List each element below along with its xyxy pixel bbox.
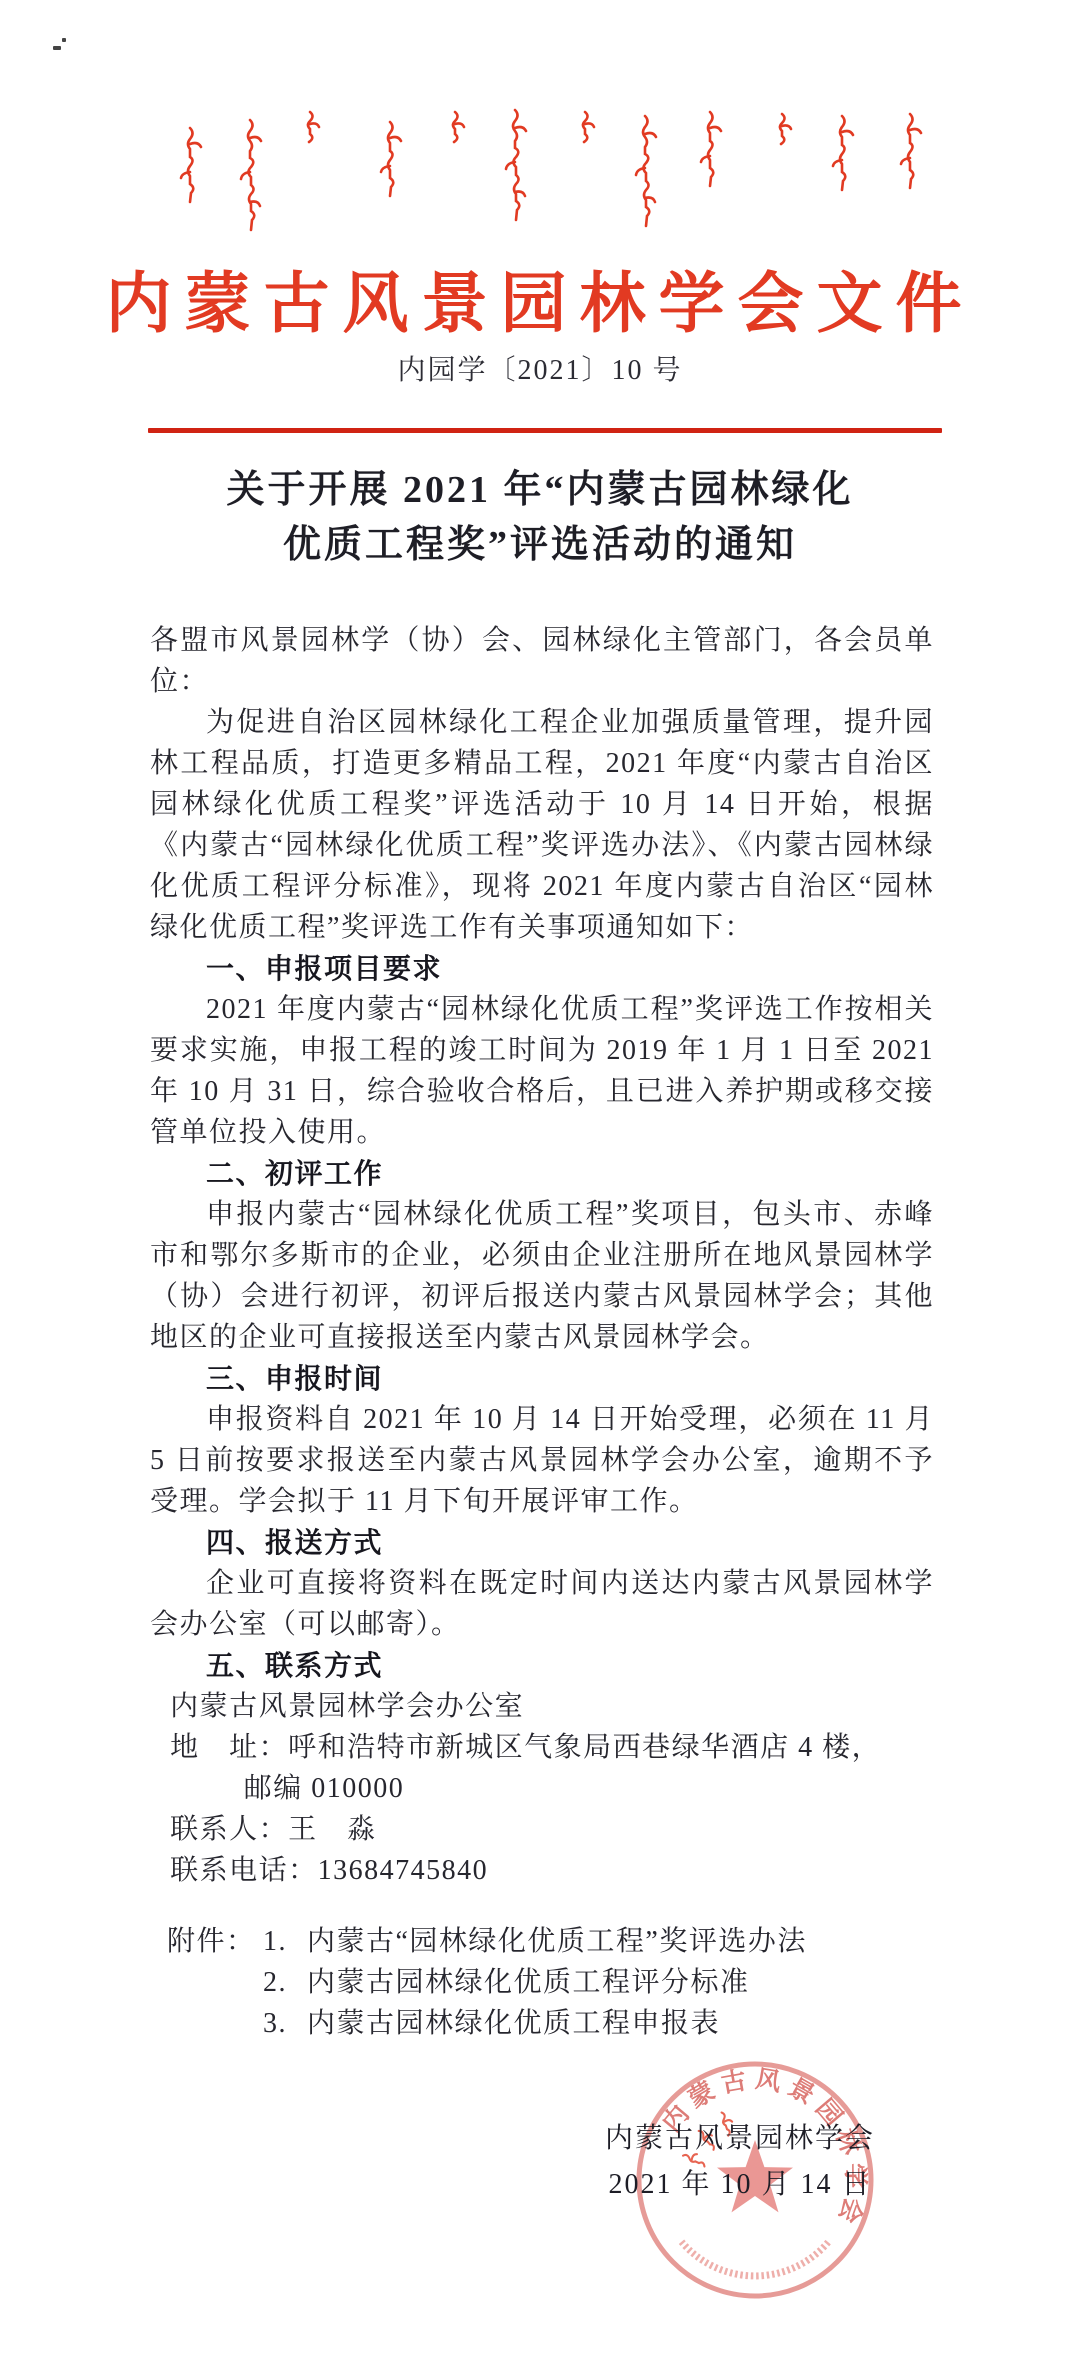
attachment-row: 2. 内蒙古园林绿化优质工程评分标准 <box>167 1962 807 2003</box>
notice-title: 关于开展 2021 年“内蒙古园林绿化 优质工程奖”评选活动的通知 <box>0 463 1080 573</box>
attachment-number: 1. <box>263 1921 307 1962</box>
contact-phone-label: 联系电话： <box>170 1855 318 1886</box>
section-heading-3: 三、申报时间 <box>150 1358 934 1399</box>
attachment-item: 内蒙古园林绿化优质工程申报表 <box>307 2003 807 2044</box>
document-number: 内园学〔2021〕10 号 <box>0 348 1080 388</box>
contact-person-label: 联系人： <box>170 1814 288 1845</box>
contact-address-value: 呼和浩特市新城区气象局西巷绿华酒店 4 楼， <box>288 1732 881 1763</box>
mongolian-script-header <box>178 104 923 244</box>
attachment-item: 内蒙古园林绿化优质工程评分标准 <box>307 1962 807 2003</box>
signature-date: 2021 年 10 月 14 日 <box>560 2162 920 2208</box>
contact-office: 内蒙古风景园林学会办公室 <box>150 1686 934 1727</box>
document-body: 各盟市风景园林学（协）会、园林绿化主管部门，各会员单位： 为促进自治区园林绿化工… <box>150 620 934 2044</box>
contact-phone-value: 13684745840 <box>318 1855 489 1886</box>
section-heading-1: 一、申报项目要求 <box>150 948 934 989</box>
document-page: 内蒙古风景园林学会文件 内园学〔2021〕10 号 关于开展 2021 年“内蒙… <box>0 0 1080 2355</box>
attachments-label: 附件： <box>167 1921 263 1962</box>
attachment-row: 附件： 1. 内蒙古“园林绿化优质工程”奖评选办法 <box>167 1921 807 1962</box>
attachment-number: 2. <box>263 1962 307 2003</box>
salutation: 各盟市风景园林学（协）会、园林绿化主管部门，各会员单位： <box>150 620 934 702</box>
red-divider-rule <box>148 428 942 433</box>
organization-title: 内蒙古风景园林学会文件 <box>0 250 1080 345</box>
signature-org: 内蒙古风景园林学会 <box>560 2116 920 2162</box>
notice-title-line2: 优质工程奖”评选活动的通知 <box>0 518 1080 573</box>
scan-speck <box>62 38 66 42</box>
contact-postcode: 邮编 010000 <box>150 1768 934 1809</box>
attachment-number: 3. <box>263 2003 307 2044</box>
seal-microtext-band <box>682 2242 829 2276</box>
section-text-4: 企业可直接将资料在既定时间内送达内蒙古风景园林学会办公室（可以邮寄）。 <box>150 1563 934 1645</box>
section-heading-4: 四、报送方式 <box>150 1522 934 1563</box>
section-text-2: 申报内蒙古“园林绿化优质工程”奖项目，包头市、赤峰市和鄂尔多斯市的企业，必须由企… <box>150 1194 934 1358</box>
attachment-row: 3. 内蒙古园林绿化优质工程申报表 <box>167 2003 807 2044</box>
attachment-item: 内蒙古“园林绿化优质工程”奖评选办法 <box>307 1921 807 1962</box>
section-heading-5: 五、联系方式 <box>150 1645 934 1686</box>
attachments-list: 附件： 1. 内蒙古“园林绿化优质工程”奖评选办法 2. 内蒙古园林绿化优质工程… <box>167 1921 807 2044</box>
intro-paragraph: 为促进自治区园林绿化工程企业加强质量管理，提升园林工程品质，打造更多精品工程，2… <box>150 702 934 948</box>
contact-person-value: 王 淼 <box>288 1814 377 1845</box>
contact-address-label: 地 址： <box>170 1732 288 1763</box>
contact-person-line: 联系人：王 淼 <box>150 1809 934 1850</box>
section-text-1: 2021 年度内蒙古“园林绿化优质工程”奖评选工作按相关要求实施，申报工程的竣工… <box>150 989 934 1153</box>
contact-address-line: 地 址：呼和浩特市新城区气象局西巷绿华酒店 4 楼， <box>150 1727 934 1768</box>
scan-speck <box>53 46 61 50</box>
notice-title-line1: 关于开展 2021 年“内蒙古园林绿化 <box>0 463 1080 518</box>
signature-block: 内蒙古风景园林学会 2021 年 10 月 14 日 <box>560 2116 920 2208</box>
section-text-3: 申报资料自 2021 年 10 月 14 日开始受理，必须在 11 月 5 日前… <box>150 1399 934 1522</box>
contact-phone-line: 联系电话：13684745840 <box>150 1850 934 1891</box>
section-heading-2: 二、初评工作 <box>150 1153 934 1194</box>
